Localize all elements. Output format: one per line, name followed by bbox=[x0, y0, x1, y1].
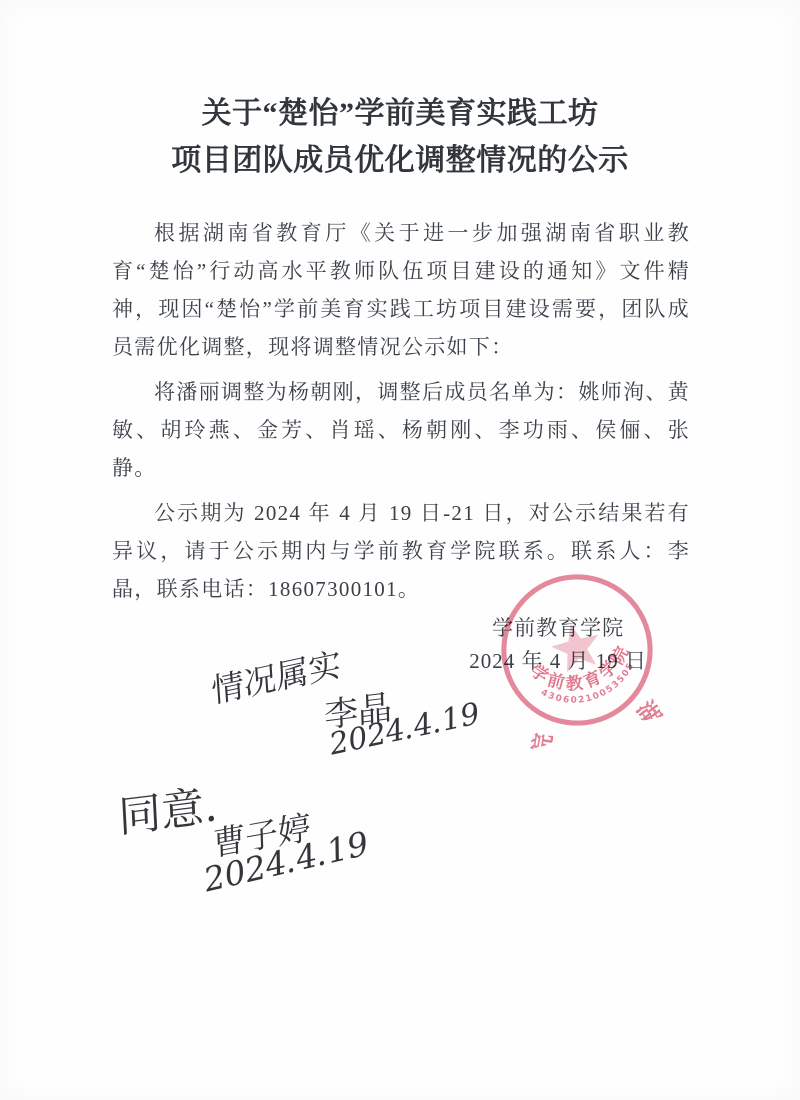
paragraph-publicity-contact: 公示期为 2024 年 4 月 19 日-21 日，对公示结果若有异议，请于公示… bbox=[112, 494, 690, 608]
public-notice-document: 关于“楚怡”学前美育实践工坊 项目团队成员优化调整情况的公示 根据湖南省教育厅《… bbox=[0, 0, 800, 1100]
handwritten-note-verified: 情况属实 bbox=[210, 638, 342, 713]
paragraph-adjustment: 将潘丽调整为杨朝刚，调整后成员名单为：姚师洵、黄敏、胡玲燕、金芳、肖瑶、杨朝刚、… bbox=[112, 373, 690, 487]
document-title: 关于“楚怡”学前美育实践工坊 项目团队成员优化调整情况的公示 bbox=[0, 90, 800, 184]
paragraph-basis: 根据湖南省教育厅《关于进一步加强湖南省职业教育“楚怡”行动高水平教师队伍项目建设… bbox=[112, 214, 690, 366]
seal-ring-text: 湖南民族职业学院 bbox=[519, 692, 680, 753]
signoff-org: 学前教育学院 bbox=[469, 612, 647, 645]
title-line-2: 项目团队成员优化调整情况的公示 bbox=[0, 137, 800, 184]
signoff-date: 2024 年 4 月 19 日 bbox=[469, 645, 647, 678]
signoff-block: 学前教育学院 2024 年 4 月 19 日 bbox=[469, 612, 647, 678]
handwritten-note-approved: 同意. bbox=[117, 772, 219, 845]
document-body: 根据湖南省教育厅《关于进一步加强湖南省职业教育“楚怡”行动高水平教师队伍项目建设… bbox=[112, 214, 690, 615]
title-line-1: 关于“楚怡”学前美育实践工坊 bbox=[0, 90, 800, 137]
